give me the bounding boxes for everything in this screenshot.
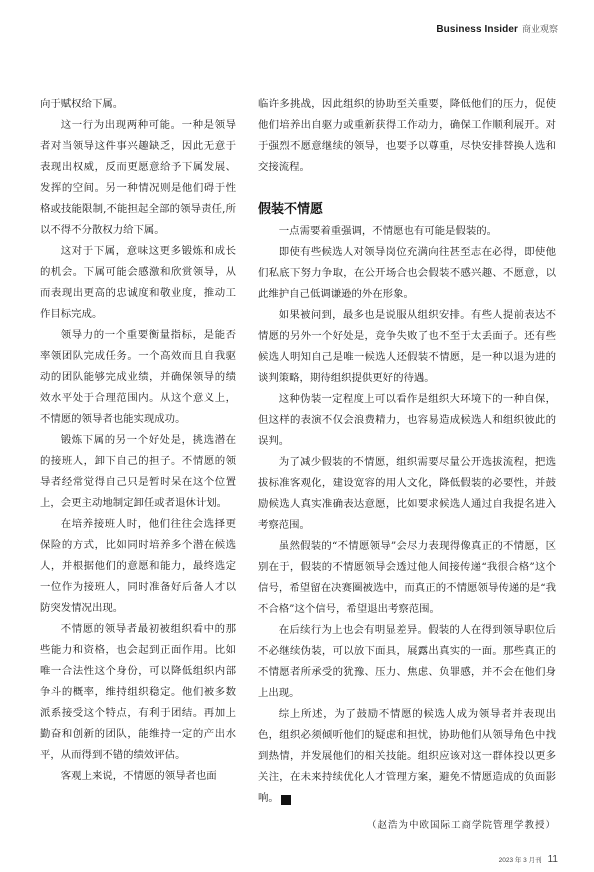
left-column: 向于赋权给下属。 这一行为出现两种可能。一种是领导者对当领导这件事兴趣缺乏，因此… <box>40 94 236 787</box>
paragraph: 这一行为出现两种可能。一种是领导者对当领导这件事兴趣缺乏，因此无意于表现出权威，… <box>40 115 236 241</box>
paragraph: 如果被问到，最多也是说服从组织安排。有些人提前表达不情愿的另外一个好处是，竞争失… <box>258 305 556 389</box>
paragraph: 即使有些候选人对领导岗位充满向往甚至志在必得，即使他们私底下努力争取，在公开场合… <box>258 242 556 305</box>
page-footer: 2023 年 3 月刊11 <box>499 849 558 867</box>
running-header: Business Insider商业观察 <box>436 22 558 35</box>
closing-paragraph: 综上所述，为了鼓励不情愿的候选人成为领导者并表现出色，组织必须倾听他们的疑虑和担… <box>258 704 556 809</box>
section-label: 商业观察 <box>522 24 558 34</box>
paragraph: 不情愿的领导者最初被组织看中的那些能力和资格，也会起到正面作用。比如唯一合法性这… <box>40 619 236 766</box>
author-note: （赵浩为中欧国际工商学院管理学教授） <box>258 815 556 836</box>
right-column: 临许多挑战，因此组织的协助至关重要，降低他们的压力，促使他们培养出自驱力或重新获… <box>258 94 556 836</box>
page-number: 11 <box>548 854 558 865</box>
paragraph: 一点需要着重强调，不情愿也有可能是假装的。 <box>258 221 556 242</box>
paragraph-text: 综上所述，为了鼓励不情愿的候选人成为领导者并表现出色，组织必须倾听他们的疑虑和担… <box>258 708 556 804</box>
end-of-article-icon: 刊 <box>281 795 291 805</box>
paragraph: 这对于下属，意味这更多锻炼和成长的机会。下属可能会感激和欣赏领导，从而表现出更高… <box>40 241 236 325</box>
paragraph: 客观上来说，不情愿的领导者也面 <box>40 766 236 787</box>
paragraph: 为了减少假装的不情愿，组织需要尽量公开选拔流程，把选拔标准客观化，建设宽容的用人… <box>258 452 556 536</box>
paragraph: 虽然假装的“不情愿领导”会尽力表现得像真正的不情愿，区别在于，假装的不情愿领导会… <box>258 536 556 620</box>
section-heading: 假装不情愿 <box>258 200 556 218</box>
paragraph: 向于赋权给下属。 <box>40 94 236 115</box>
paragraph: 领导力的一个重要衡量指标，是能否率领团队完成任务。一个高效而且自我驱动的团队能够… <box>40 325 236 430</box>
paragraph: 在后续行为上也会有明显差异。假装的人在得到领导职位后不必继续伪装，可以放下面具，… <box>258 620 556 704</box>
paragraph: 这种伪装一定程度上可以看作是组织大环境下的一种自保，但这样的表演不仅会浪费精力，… <box>258 389 556 452</box>
paragraph: 锻炼下属的另一个好处是，挑选潜在的接班人，卸下自己的担子。不情愿的领导者经常觉得… <box>40 430 236 514</box>
paragraph: 临许多挑战，因此组织的协助至关重要，降低他们的压力，促使他们培养出自驱力或重新获… <box>258 94 556 178</box>
issue-date: 2023 年 3 月刊 <box>499 857 542 864</box>
magazine-brand: Business Insider <box>436 24 518 35</box>
paragraph: 在培养接班人时，他们往往会选择更保险的方式，比如同时培养多个潜在候选人，并根据他… <box>40 514 236 619</box>
